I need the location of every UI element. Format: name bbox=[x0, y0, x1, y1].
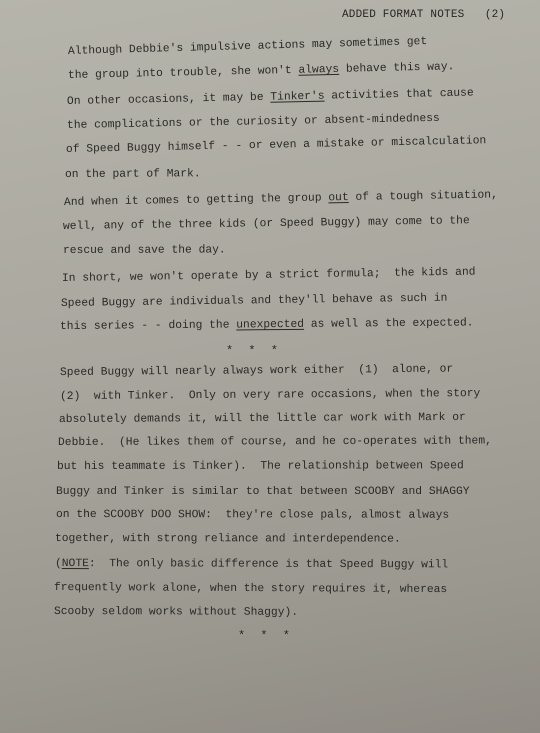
text-line: (NOTE: The only basic difference is that… bbox=[55, 558, 448, 571]
text-line: On other occasions, it may be Tinker's a… bbox=[67, 87, 474, 108]
document-page: ADDED FORMAT NOTES (2) Although Debbie's… bbox=[0, 0, 540, 733]
underlined-emphasis: Tinker's bbox=[270, 91, 324, 104]
text-line: this series - - doing the unexpected as … bbox=[60, 317, 474, 333]
text-line: (2) with Tinker. Only on very rare occas… bbox=[60, 388, 480, 403]
text-line: Although Debbie's impulsive actions may … bbox=[68, 36, 428, 58]
text-segment: together, with strong reliance and inter… bbox=[55, 533, 401, 546]
text-segment: Scooby seldom works without Shaggy). bbox=[54, 606, 298, 619]
text-line: Scooby seldom works without Shaggy). bbox=[54, 606, 298, 619]
underlined-emphasis: out bbox=[328, 192, 349, 204]
text-segment: Although Debbie's impulsive actions may … bbox=[68, 36, 428, 58]
text-segment: And when it comes to getting the group bbox=[64, 192, 329, 209]
text-segment: activities that cause bbox=[324, 87, 473, 102]
text-line: Speed Buggy are individuals and they'll … bbox=[61, 293, 448, 310]
text-segment: : The only basic difference is that Spee… bbox=[89, 558, 448, 571]
section-separator: * * * bbox=[238, 629, 294, 643]
text-segment: absolutely demands it, will the little c… bbox=[59, 412, 466, 426]
text-line: Speed Buggy will nearly always work eith… bbox=[60, 364, 453, 379]
text-line: Buggy and Tinker is similar to that betw… bbox=[56, 486, 470, 498]
text-segment: as well as the expected. bbox=[304, 317, 474, 330]
underlined-emphasis: unexpected bbox=[236, 319, 304, 332]
text-segment: of a tough situation, bbox=[349, 189, 498, 204]
text-line: on the SCOOBY DOO SHOW: they're close pa… bbox=[56, 509, 449, 522]
text-segment: frequently work alone, when the story re… bbox=[54, 582, 447, 596]
text-segment: rescue and save the day. bbox=[63, 244, 226, 257]
text-segment: Debbie. (He likes them of course, and he… bbox=[58, 435, 492, 449]
text-segment: Speed Buggy will nearly always work eith… bbox=[60, 364, 453, 379]
text-segment: behave this way. bbox=[339, 61, 454, 76]
text-segment: Buggy and Tinker is similar to that betw… bbox=[56, 486, 470, 498]
text-line: together, with strong reliance and inter… bbox=[55, 533, 401, 546]
text-line: the complications or the curiosity or ab… bbox=[67, 113, 440, 132]
text-line: frequently work alone, when the story re… bbox=[54, 582, 447, 596]
page-header: ADDED FORMAT NOTES (2) bbox=[342, 9, 505, 21]
text-segment: the group into trouble, she won't bbox=[68, 65, 299, 82]
text-line: well, any of the three kids (or Speed Bu… bbox=[63, 215, 470, 233]
text-line: of Speed Buggy himself - - or even a mis… bbox=[66, 135, 486, 156]
text-segment: on the part of Mark. bbox=[65, 168, 201, 181]
underlined-emphasis: NOTE bbox=[62, 558, 89, 570]
text-line: Debbie. (He likes them of course, and he… bbox=[58, 435, 492, 449]
text-segment: this series - - doing the bbox=[60, 319, 236, 333]
text-segment: but his teammate is Tinker). The relatio… bbox=[57, 460, 464, 473]
text-line: on the part of Mark. bbox=[65, 168, 201, 181]
section-separator: * * * bbox=[226, 344, 282, 358]
text-line: And when it comes to getting the group o… bbox=[64, 189, 498, 209]
text-line: absolutely demands it, will the little c… bbox=[59, 412, 466, 426]
text-segment: on the SCOOBY DOO SHOW: they're close pa… bbox=[56, 509, 449, 522]
text-segment: the complications or the curiosity or ab… bbox=[67, 113, 440, 132]
text-segment: (2) with Tinker. Only on very rare occas… bbox=[60, 388, 480, 403]
text-segment: Speed Buggy are individuals and they'll … bbox=[61, 293, 448, 310]
text-line: rescue and save the day. bbox=[63, 244, 226, 257]
text-segment: In short, we won't operate by a strict f… bbox=[62, 267, 476, 285]
underlined-emphasis: always bbox=[298, 64, 339, 77]
text-line: In short, we won't operate by a strict f… bbox=[62, 267, 476, 285]
text-segment: On other occasions, it may be bbox=[67, 92, 271, 108]
text-line: the group into trouble, she won't always… bbox=[68, 61, 455, 82]
text-segment: well, any of the three kids (or Speed Bu… bbox=[63, 215, 470, 233]
text-line: but his teammate is Tinker). The relatio… bbox=[57, 460, 464, 473]
text-segment: of Speed Buggy himself - - or even a mis… bbox=[66, 135, 486, 156]
